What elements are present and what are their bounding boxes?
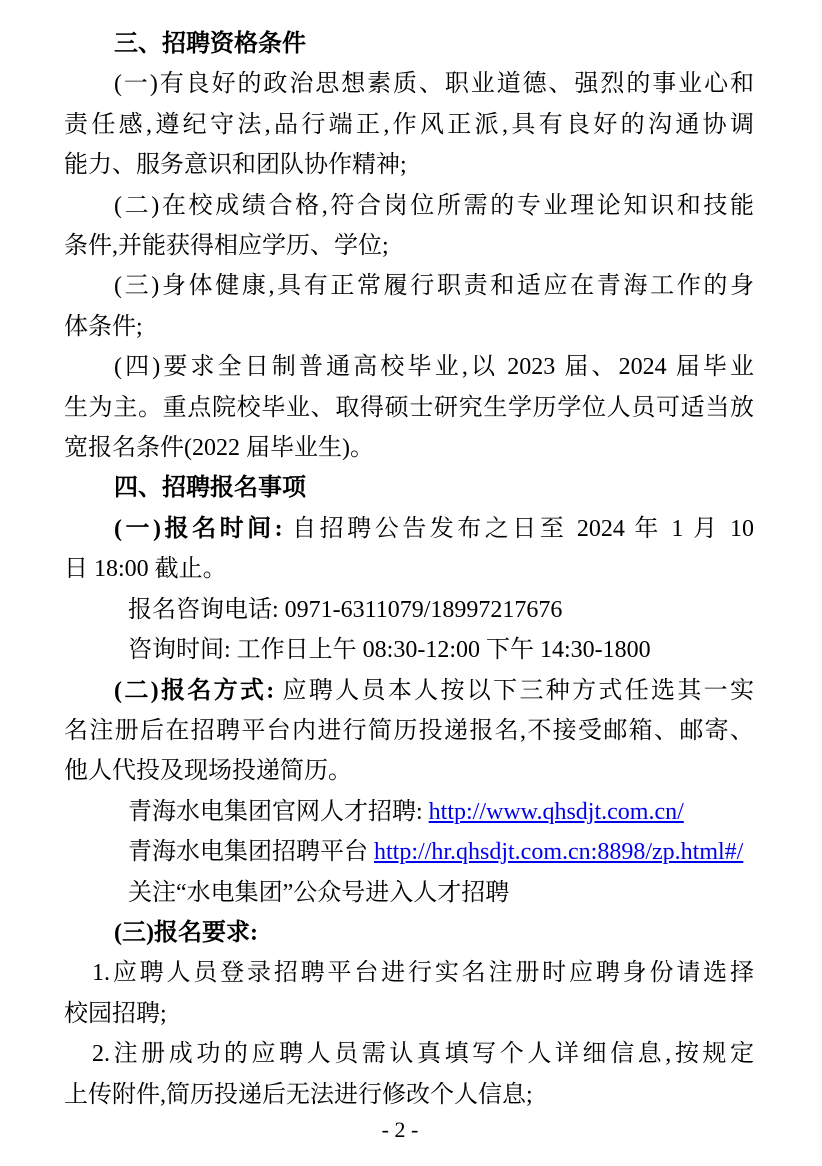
text-run: (一)有良好的政治思想素质、职业道德、强烈的事业心和 bbox=[114, 71, 754, 97]
text-run: 2.注册成功的应聘人员需认真填写个人详细信息,按规定 bbox=[92, 1041, 754, 1067]
text-run: 生为主。重点院校毕业、取得硕士研究生学历学位人员可适当放 bbox=[64, 395, 754, 421]
text-run: 应聘人员本人按以下三种方式任选其一实 bbox=[274, 678, 754, 704]
para-require-2-line-2: 上传附件,简历投递后无法进行修改个人信息; bbox=[64, 1075, 754, 1115]
document-body: 三、招聘资格条件(一)有良好的政治思想素质、职业道德、强烈的事业心和责任感,遵纪… bbox=[64, 24, 754, 1115]
text-run: 体条件; bbox=[64, 314, 143, 340]
bold-text-run: 三、招聘资格条件 bbox=[114, 31, 306, 57]
hyperlink[interactable]: http://www.qhsdjt.com.cn/ bbox=[429, 799, 684, 825]
para-require-2-line-1: 2.注册成功的应聘人员需认真填写个人详细信息,按规定 bbox=[64, 1034, 754, 1074]
section-heading-4: 四、招聘报名事项 bbox=[64, 468, 754, 508]
para-qualification-1-line-2: 责任感,遵纪守法,品行端正,作风正派,具有良好的沟通协调 bbox=[64, 105, 754, 145]
text-run: 咨询时间: 工作日上午 08:30-12:00 下午 14:30-1800 bbox=[128, 637, 651, 663]
para-signup-method-line-3: 他人代投及现场投递简历。 bbox=[64, 751, 754, 791]
text-run: 自招聘公告发布之日至 2024 年 1 月 10 bbox=[283, 516, 754, 542]
text-run: (三)身体健康,具有正常履行职责和适应在青海工作的身 bbox=[114, 273, 754, 299]
para-qualification-1-line-3: 能力、服务意识和团队协作精神; bbox=[64, 145, 754, 185]
text-run: (二)在校成绩合格,符合岗位所需的专业理论知识和技能 bbox=[114, 193, 754, 219]
line-consult-phone: 报名咨询电话: 0971-6311079/18997217676 bbox=[64, 590, 754, 630]
section-heading-3: 三、招聘资格条件 bbox=[64, 24, 754, 64]
para-signup-time-line-1: (一)报名时间: 自招聘公告发布之日至 2024 年 1 月 10 bbox=[64, 509, 754, 549]
text-run: 1.应聘人员登录招聘平台进行实名注册时应聘身份请选择 bbox=[92, 960, 754, 986]
line-wechat-account: 关注“水电集团”公众号进入人才招聘 bbox=[64, 873, 754, 913]
para-signup-method-line-2: 名注册后在招聘平台内进行简历投递报名,不接受邮箱、邮寄、 bbox=[64, 711, 754, 751]
text-run: 宽报名条件(2022 届毕业生)。 bbox=[64, 435, 374, 461]
page-number: - 2 - bbox=[0, 1112, 800, 1148]
bold-text-run: (一)报名时间: bbox=[114, 516, 283, 542]
para-qualification-4-line-3: 宽报名条件(2022 届毕业生)。 bbox=[64, 428, 754, 468]
para-qualification-2-line-1: (二)在校成绩合格,符合岗位所需的专业理论知识和技能 bbox=[64, 186, 754, 226]
para-require-1-line-2: 校园招聘; bbox=[64, 994, 754, 1034]
para-qualification-3-line-2: 体条件; bbox=[64, 307, 754, 347]
para-signup-time-line-2: 日 18:00 截止。 bbox=[64, 549, 754, 589]
text-run: 日 18:00 截止。 bbox=[64, 556, 227, 582]
text-run: 上传附件,简历投递后无法进行修改个人信息; bbox=[64, 1082, 533, 1108]
line-consult-hours: 咨询时间: 工作日上午 08:30-12:00 下午 14:30-1800 bbox=[64, 630, 754, 670]
bold-text-run: (二)报名方式: bbox=[114, 678, 274, 704]
text-run: 他人代投及现场投递简历。 bbox=[64, 758, 352, 784]
line-recruit-platform: 青海水电集团招聘平台 http://hr.qhsdjt.com.cn:8898/… bbox=[64, 832, 754, 872]
text-run: (四)要求全日制普通高校毕业,以 2023 届、2024 届毕业 bbox=[114, 354, 754, 380]
bold-text-run: (三)报名要求: bbox=[114, 920, 258, 946]
text-run: 能力、服务意识和团队协作精神; bbox=[64, 152, 407, 178]
para-qualification-3-line-1: (三)身体健康,具有正常履行职责和适应在青海工作的身 bbox=[64, 266, 754, 306]
para-qualification-2-line-2: 条件,并能获得相应学历、学位; bbox=[64, 226, 754, 266]
para-require-1-line-1: 1.应聘人员登录招聘平台进行实名注册时应聘身份请选择 bbox=[64, 953, 754, 993]
para-signup-require-heading: (三)报名要求: bbox=[64, 913, 754, 953]
text-run: 名注册后在招聘平台内进行简历投递报名,不接受邮箱、邮寄、 bbox=[64, 718, 754, 744]
para-qualification-4-line-2: 生为主。重点院校毕业、取得硕士研究生学历学位人员可适当放 bbox=[64, 388, 754, 428]
text-run: 报名咨询电话: 0971-6311079/18997217676 bbox=[128, 597, 562, 623]
text-run: 校园招聘; bbox=[64, 1001, 167, 1027]
para-qualification-4-line-1: (四)要求全日制普通高校毕业,以 2023 届、2024 届毕业 bbox=[64, 347, 754, 387]
hyperlink[interactable]: http://hr.qhsdjt.com.cn:8898/zp.html#/ bbox=[374, 839, 743, 865]
text-run: 条件,并能获得相应学历、学位; bbox=[64, 233, 389, 259]
para-qualification-1-line-1: (一)有良好的政治思想素质、职业道德、强烈的事业心和 bbox=[64, 64, 754, 104]
line-official-site: 青海水电集团官网人才招聘: http://www.qhsdjt.com.cn/ bbox=[64, 792, 754, 832]
text-run: 青海水电集团官网人才招聘: bbox=[128, 799, 429, 825]
text-run: 关注“水电集团”公众号进入人才招聘 bbox=[128, 880, 509, 906]
bold-text-run: 四、招聘报名事项 bbox=[114, 475, 306, 501]
para-signup-method-line-1: (二)报名方式: 应聘人员本人按以下三种方式任选其一实 bbox=[64, 671, 754, 711]
text-run: 青海水电集团招聘平台 bbox=[128, 839, 374, 865]
text-run: 责任感,遵纪守法,品行端正,作风正派,具有良好的沟通协调 bbox=[64, 112, 754, 138]
document-page: 三、招聘资格条件(一)有良好的政治思想素质、职业道德、强烈的事业心和责任感,遵纪… bbox=[0, 0, 822, 1166]
